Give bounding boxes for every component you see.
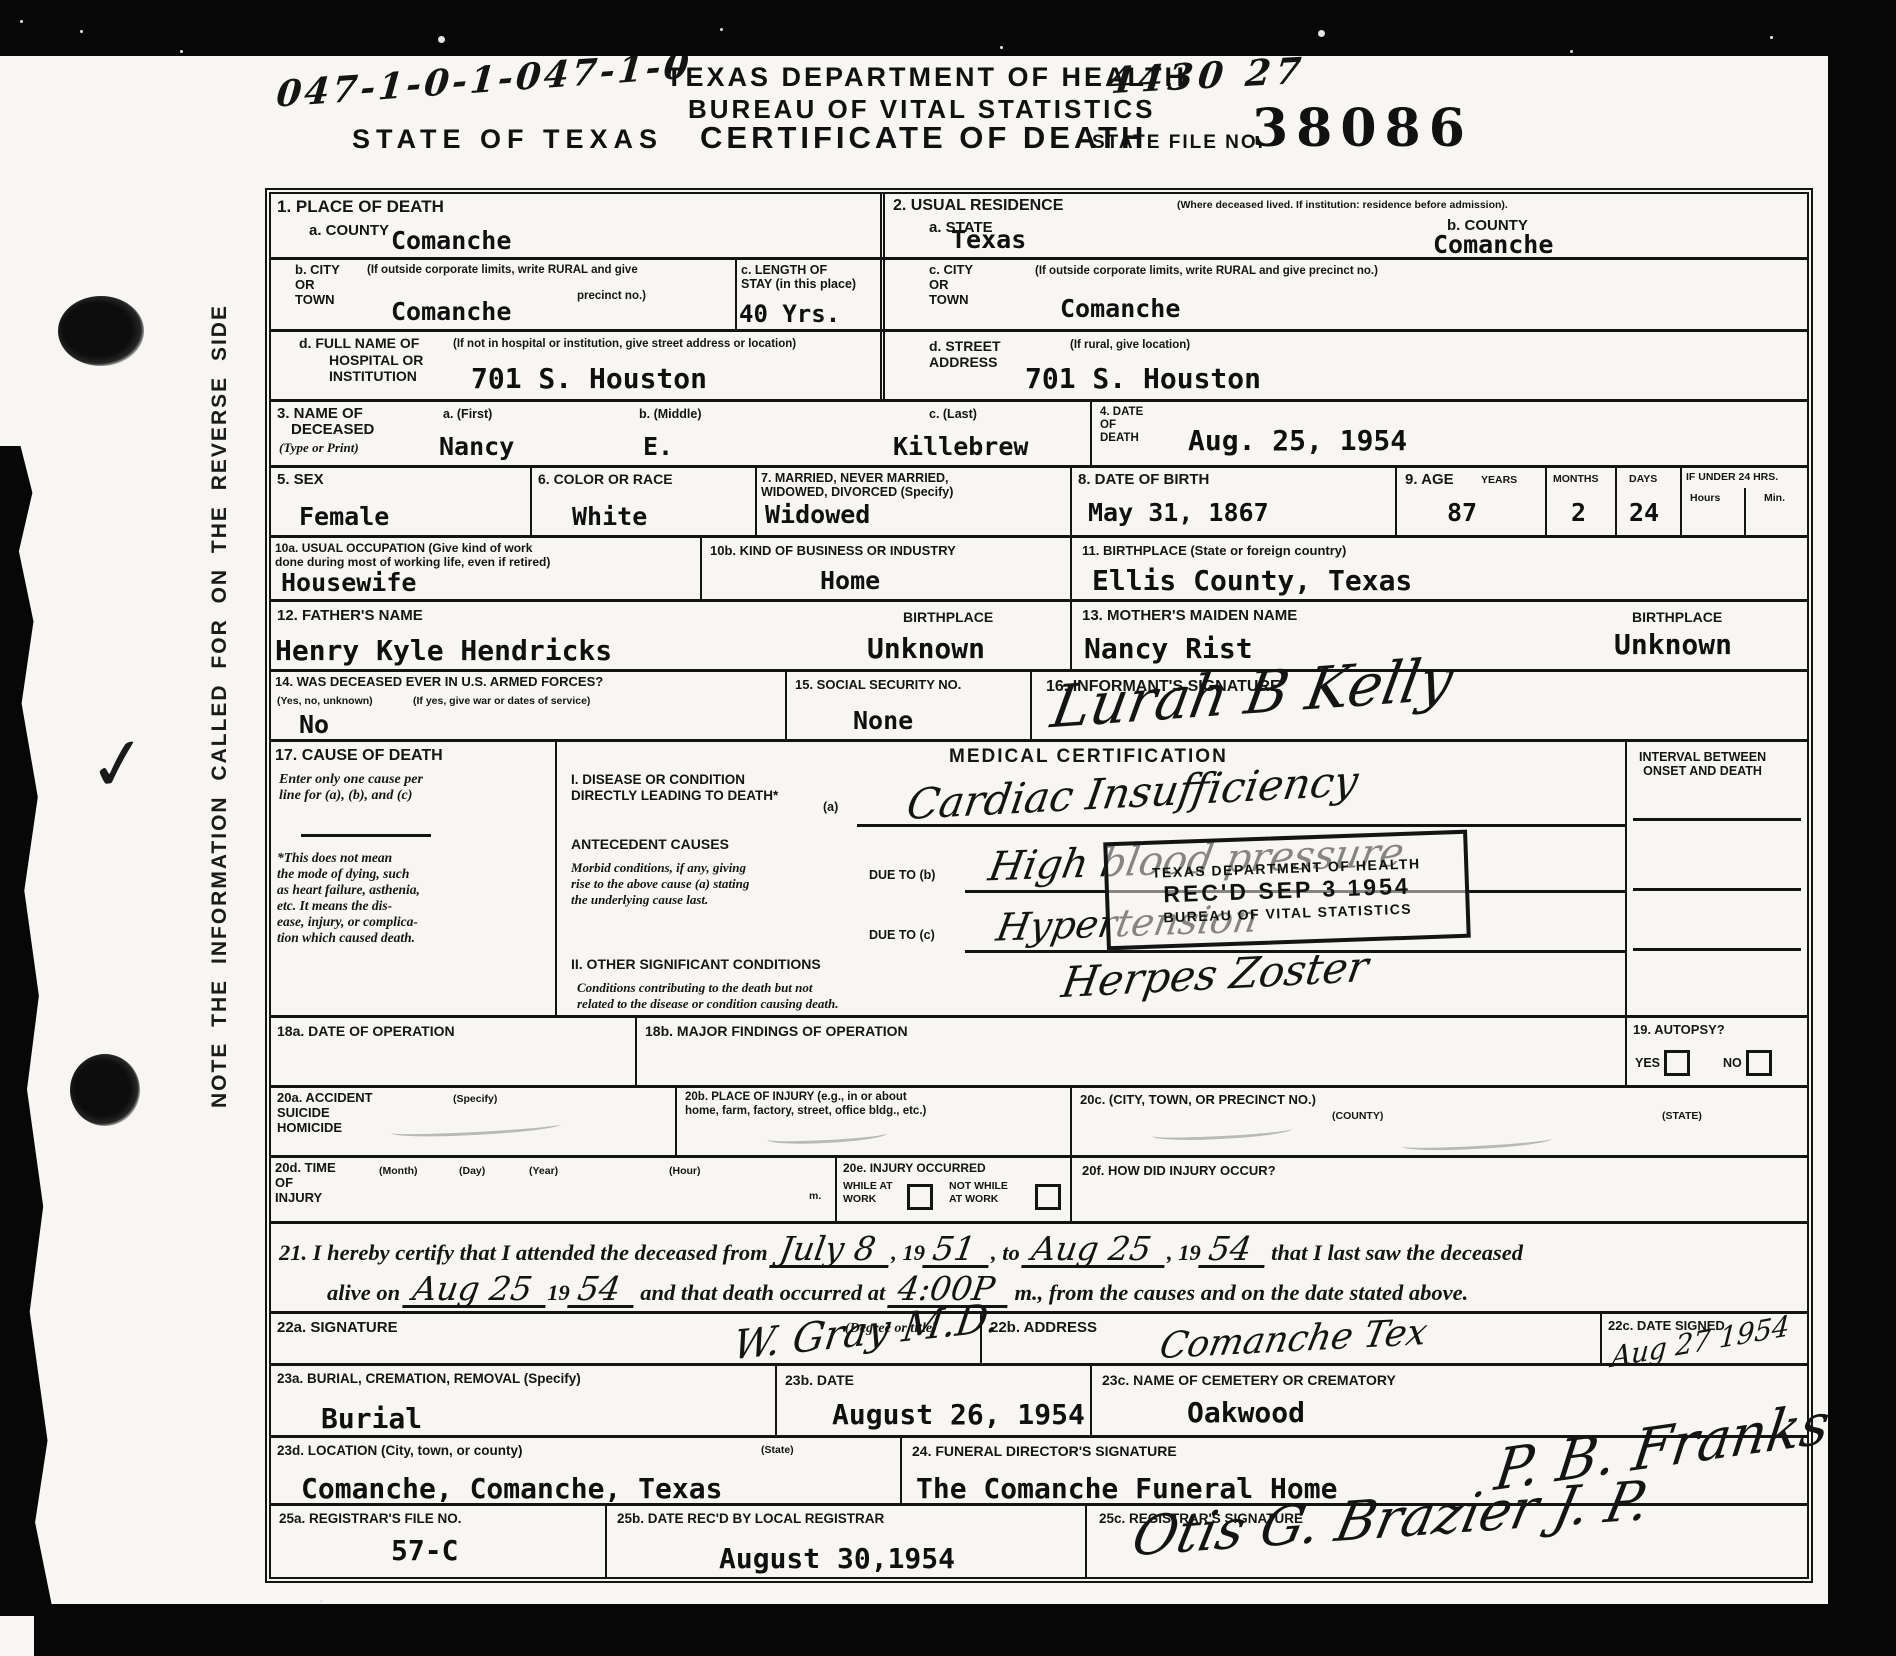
field-date-of-operation: 18a. DATE OF OPERATION [271, 1018, 635, 1085]
field-usual-occupation: 10a. USUAL OCCUPATION (Give kind of work… [271, 538, 700, 599]
s14-paren2: (If yes, give war or dates of service) [413, 695, 590, 708]
s17-a-tag: (a) [823, 800, 838, 814]
field-date-recd-registrar: 25b. DATE REC'D BY LOCAL REGISTRAR Augus… [605, 1506, 1085, 1577]
s20e-label: 20e. INJURY OCCURRED [843, 1161, 986, 1175]
field-marital-status: 7. MARRIED, NEVER MARRIED, WIDOWED, DIVO… [755, 468, 1070, 535]
s11-value: Ellis County, Texas [1092, 564, 1412, 597]
hours-min-divider [1744, 488, 1746, 535]
s17-p2-note: Conditions contributing to the death but… [577, 980, 838, 1012]
field-usual-residence: 2. USUAL RESIDENCE (Where deceased lived… [880, 194, 1807, 257]
s17-note1: Enter only one cause per line for (a), (… [279, 772, 423, 804]
field-burial-date: 23b. DATE August 26, 1954 [775, 1366, 1090, 1435]
autopsy-yes-label: YES [1635, 1056, 1660, 1070]
state-file-no-label: STATE FILE NO. [1092, 132, 1265, 154]
cert-text-1: 21. I hereby certify that I attended the… [279, 1240, 768, 1265]
field-age-under-24hrs: IF UNDER 24 HRS. Hours Min. [1680, 468, 1807, 535]
s2c-city-value: Comanche [1060, 294, 1180, 323]
s20c-state-label: (STATE) [1662, 1110, 1702, 1123]
s11-label: 11. BIRTHPLACE (State or foreign country… [1082, 544, 1346, 559]
s4-value: Aug. 25, 1954 [1188, 424, 1407, 457]
s3-first-label: a. (First) [443, 407, 492, 421]
s23a-label: 23a. BURIAL, CREMATION, REMOVAL (Specify… [277, 1371, 581, 1387]
s20b-label: 20b. PLACE OF INJURY (e.g., in or about … [685, 1091, 926, 1119]
s23c-label: 23c. NAME OF CEMETERY OR CREMATORY [1102, 1372, 1396, 1388]
s23b-label: 23b. DATE [785, 1372, 854, 1388]
s18a-label: 18a. DATE OF OPERATION [277, 1023, 455, 1039]
punch-hole-top [58, 296, 144, 366]
s9-label: 9. AGE [1405, 471, 1454, 488]
s6-value: White [572, 502, 647, 531]
s20a-paren: (Specify) [453, 1093, 497, 1106]
s1d-label2: HOSPITAL OR INSTITUTION [329, 352, 423, 384]
s9-days-value: 24 [1629, 498, 1659, 527]
cert-text-5: that I last saw the deceased [1271, 1240, 1523, 1265]
s12-bp-value: Unknown [867, 632, 985, 665]
s25b-value: August 30,1954 [719, 1542, 955, 1575]
s12-label: 12. FATHER'S NAME [277, 607, 423, 624]
s14-paren1: (Yes, no, unknown) [277, 695, 373, 708]
interval-rule-c [1633, 948, 1801, 951]
handwritten-code: 047-1-0-1-047-1-0 [275, 47, 693, 112]
field-place-of-injury: 20b. PLACE OF INJURY (e.g., in or about … [675, 1088, 1070, 1155]
s8-value: May 31, 1867 [1088, 498, 1269, 527]
field-certification-statement: 21. I hereby certify that I attended the… [271, 1224, 1807, 1311]
s20c-label: 20c. (CITY, TOWN, OR PRECINCT NO.) [1080, 1093, 1316, 1108]
s23d-value: Comanche, Comanche, Texas [301, 1472, 722, 1505]
s23a-value: Burial [321, 1402, 422, 1435]
s20d-month: (Month) [379, 1165, 417, 1178]
field-date-of-birth: 8. DATE OF BIRTH May 31, 1867 [1070, 468, 1395, 535]
field-burial-location: 23d. LOCATION (City, town, or county) (S… [271, 1438, 900, 1503]
cert-hw-from-year: 51 [922, 1232, 994, 1268]
s20d-hour: (Hour) [669, 1165, 701, 1178]
field-injury-occurred: 20e. INJURY OCCURRED WHILE AT WORK NOT W… [835, 1158, 1070, 1221]
s3-last-value: Killebrew [893, 432, 1028, 461]
s9-years-value: 87 [1447, 498, 1477, 527]
s17-p1-label: I. DISEASE OR CONDITION DIRECTLY LEADING… [571, 772, 778, 803]
s10b-value: Home [820, 566, 880, 595]
field-autopsy: 19. AUTOPSY? YES NO [1625, 1018, 1807, 1085]
s9-years-label: YEARS [1481, 474, 1517, 487]
s13-bp-label: BIRTHPLACE [1632, 609, 1722, 625]
interval-rule-b [1633, 888, 1801, 891]
handwritten-number: 4430 27 [1106, 53, 1307, 100]
s20a-label: 20a. ACCIDENT SUICIDE HOMICIDE [277, 1091, 373, 1136]
s2-title-paren: (Where deceased lived. If institution: r… [1177, 199, 1517, 212]
s3-first-value: Nancy [439, 432, 514, 461]
field-kind-of-business: 10b. KIND OF BUSINESS OR INDUSTRY Home [700, 538, 1070, 599]
s10b-label: 10b. KIND OF BUSINESS OR INDUSTRY [710, 544, 956, 559]
field-age-days: DAYS 24 [1615, 468, 1680, 535]
s1d-label1: d. FULL NAME OF [299, 335, 419, 351]
certificate-title: CERTIFICATE OF DEATH [700, 120, 1147, 156]
cert-text-8: and that death occurred at [640, 1280, 885, 1305]
not-while-at-work-checkbox [1035, 1184, 1061, 1210]
s1c-value: 40 Yrs. [739, 300, 840, 328]
s2c-paren: (If outside corporate limits, write RURA… [1035, 265, 1378, 279]
s23b-value: August 26, 1954 [832, 1398, 1085, 1431]
s17-b-tag: DUE TO (b) [869, 868, 935, 882]
s1a-county-value: Comanche [391, 226, 511, 255]
cert-hw-to-date: Aug 25 [1021, 1232, 1169, 1268]
s1d-value: 701 S. Houston [471, 362, 707, 395]
s2d-label: d. STREET ADDRESS [929, 338, 1001, 370]
s14-value: No [299, 710, 329, 739]
s9-months-label: MONTHS [1553, 473, 1599, 486]
reverse-side-note: NOTE THE INFORMATION CALLED FOR ON THE R… [208, 304, 232, 1108]
s20c-county-label: (COUNTY) [1332, 1110, 1383, 1123]
field-sex: 5. SEX Female [271, 468, 530, 535]
s10a-label: 10a. USUAL OCCUPATION (Give kind of work… [275, 541, 550, 570]
s20d-m: m. [809, 1190, 821, 1203]
s25a-label: 25a. REGISTRAR'S FILE NO. [279, 1511, 462, 1527]
s13-label: 13. MOTHER'S MAIDEN NAME [1082, 607, 1297, 624]
field-registrar-file-no: 25a. REGISTRAR'S FILE NO. 57-C [271, 1506, 605, 1577]
s2c-label: c. CITY OR TOWN [929, 263, 973, 308]
field-burial-cremation: 23a. BURIAL, CREMATION, REMOVAL (Specify… [271, 1366, 775, 1435]
field-date-signed: 22c. DATE SIGNED Aug 27 1954 [1600, 1314, 1807, 1363]
s3-title1: 3. NAME OF [277, 405, 363, 422]
interval-label: INTERVAL BETWEEN ONSET AND DEATH [1639, 750, 1766, 779]
s2d-paren: (If rural, give location) [1070, 339, 1190, 353]
s5-label: 5. SEX [277, 471, 324, 488]
field-social-security-no: 15. SOCIAL SECURITY NO. None [785, 672, 1030, 739]
punch-hole-bottom [70, 1054, 140, 1126]
field-color-or-race: 6. COLOR OR RACE White [530, 468, 755, 535]
s1b-paren: (If outside corporate limits, write RURA… [367, 264, 707, 278]
s22a-label: 22a. SIGNATURE [277, 1319, 398, 1336]
field-accident-suicide-homicide: 20a. ACCIDENT SUICIDE HOMICIDE (Specify) [271, 1088, 675, 1155]
autopsy-no-checkbox [1746, 1050, 1772, 1076]
faint-scribble-20b [767, 1127, 888, 1146]
field-interval-column: INTERVAL BETWEEN ONSET AND DEATH [1625, 742, 1807, 1015]
field-street-address: d. STREET ADDRESS (If rural, give locati… [880, 332, 1807, 399]
s2d-value: 701 S. Houston [1025, 362, 1261, 395]
s10a-value: Housewife [281, 568, 416, 597]
other-conditions-handwriting: Herpes Zoster [1059, 946, 1371, 1004]
s25b-label: 25b. DATE REC'D BY LOCAL REGISTRAR [617, 1511, 884, 1527]
field-hospital-name: d. FULL NAME OF HOSPITAL OR INSTITUTION … [271, 332, 880, 399]
field-time-of-injury: 20d. TIME OF INJURY (Month) (Day) (Year)… [271, 1158, 835, 1221]
s17-c-tag: DUE TO (c) [869, 928, 935, 942]
s1b-label: b. CITY OR TOWN [295, 263, 340, 308]
s18b-label: 18b. MAJOR FINDINGS OF OPERATION [645, 1023, 908, 1039]
field-informant-signature: 16. INFORMANT'S SIGNATURE Lurah B Kelly [1030, 672, 1807, 739]
s20e-while-label: WHILE AT WORK [843, 1180, 893, 1205]
s17-p2-label: II. OTHER SIGNIFICANT CONDITIONS [571, 956, 821, 972]
s3-middle-label: b. (Middle) [639, 407, 702, 421]
s23d-state-label: (State) [761, 1444, 794, 1457]
faint-scribble-20c [1152, 1122, 1292, 1142]
cert-hw-to-year: 54 [1198, 1232, 1270, 1268]
s15-value: None [853, 706, 913, 735]
s17-morbid: Morbid conditions, if any, giving rise t… [571, 860, 749, 908]
s5-value: Female [299, 502, 389, 531]
field-injury-city-county-state: 20c. (CITY, TOWN, OR PRECINCT NO.) (COUN… [1070, 1088, 1807, 1155]
s24-label: 24. FUNERAL DIRECTOR'S SIGNATURE [912, 1443, 1177, 1459]
faint-scribble-20c2 [1402, 1132, 1552, 1153]
state-file-number: 38086 [1252, 98, 1473, 159]
cert-hw-alive-year: 54 [567, 1272, 639, 1308]
s7-label: 7. MARRIED, NEVER MARRIED, WIDOWED, DIVO… [761, 471, 953, 500]
field-fathers-name: 12. FATHER'S NAME BIRTHPLACE Henry Kyle … [271, 602, 1070, 669]
field-city-of-death: b. CITY OR TOWN (If outside corporate li… [271, 260, 735, 329]
faint-scribble-20a [391, 1118, 561, 1140]
s13-bp-value: Unknown [1614, 628, 1732, 661]
s7-value: Widowed [765, 500, 870, 529]
s3-middle-value: E. [643, 432, 673, 461]
s20f-label: 20f. HOW DID INJURY OCCUR? [1082, 1164, 1276, 1179]
s23d-label: 23d. LOCATION (City, town, or county) [277, 1443, 523, 1459]
s3-paren: (Type or Print) [279, 440, 359, 456]
scan-border-top [0, 0, 1896, 56]
field-birthplace: 11. BIRTHPLACE (State or foreign country… [1070, 538, 1807, 599]
s17-note2: *This does not mean the mode of dying, s… [277, 850, 420, 946]
s1d-paren: (If not in hospital or institution, give… [453, 338, 796, 352]
field-armed-forces: 14. WAS DECEASED EVER IN U.S. ARMED FORC… [271, 672, 785, 739]
field-age-years: 9. AGE YEARS 87 [1395, 468, 1545, 535]
s17-antecedent: ANTECEDENT CAUSES [571, 836, 729, 852]
scan-border-right [1828, 0, 1896, 1656]
s2a-state-value: Texas [951, 225, 1026, 254]
field-registrar-signature: 25c. REGISTRAR'S SIGNATURE Otis G. Brazi… [1085, 1506, 1807, 1577]
field-major-findings: 18b. MAJOR FINDINGS OF OPERATION [635, 1018, 1625, 1085]
s14-label: 14. WAS DECEASED EVER IN U.S. ARMED FORC… [275, 675, 603, 690]
cert-text-4: , 19 [1167, 1240, 1201, 1265]
s17-label: 17. CAUSE OF DEATH [275, 747, 443, 765]
cert-text-2: , 19 [891, 1240, 925, 1265]
s23c-value: Oakwood [1187, 1396, 1305, 1429]
cert-hw-alive-date: Aug 25 [402, 1272, 550, 1308]
certificate-form: 1. PLACE OF DEATH a. COUNTY Comanche 2. … [265, 188, 1813, 1583]
s9-under-label: IF UNDER 24 HRS. [1686, 471, 1778, 484]
s22b-label: 22b. ADDRESS [990, 1319, 1097, 1336]
cert-text-9: m., from the causes and on the date stat… [1014, 1280, 1468, 1305]
s25a-value: 57-C [391, 1534, 458, 1567]
scan-border-bottom [34, 1604, 1896, 1656]
sidebar-divider [301, 834, 431, 837]
cert-text-7: 19 [547, 1280, 570, 1305]
s1c-label: c. LENGTH OF STAY (in this place) [741, 263, 856, 292]
field-date-of-death: 4. DATE OF DEATH Aug. 25, 1954 [1090, 402, 1807, 465]
handwritten-checkmark: ✓ [82, 718, 153, 810]
s8-label: 8. DATE OF BIRTH [1078, 471, 1209, 488]
physician-address-handwriting: Comanche Tex [1157, 1315, 1431, 1365]
s20e-notwhile-label: NOT WHILE AT WORK [949, 1180, 1008, 1205]
field-city-of-residence: c. CITY OR TOWN (If outside corporate li… [880, 260, 1807, 329]
s9-months-value: 2 [1571, 498, 1586, 527]
cause-a-handwriting: Cardiac Insufficiency [904, 760, 1361, 826]
interval-rule-a [1633, 818, 1801, 821]
field-name-of-deceased: 3. NAME OF DECEASED (Type or Print) a. (… [271, 402, 1090, 465]
cert-text-3: , to [991, 1240, 1020, 1265]
field-age-months: MONTHS 2 [1545, 468, 1615, 535]
s1a-label: a. COUNTY [309, 222, 389, 239]
s15-label: 15. SOCIAL SECURITY NO. [795, 678, 961, 693]
field-how-injury-occurred: 20f. HOW DID INJURY OCCUR? [1070, 1158, 1807, 1221]
s3-last-label: c. (Last) [929, 407, 977, 421]
death-certificate-scan: ✓ NOTE THE INFORMATION CALLED FOR ON THE… [0, 0, 1896, 1656]
s9-hours-label: Hours [1690, 492, 1720, 505]
torn-edge [0, 446, 54, 1616]
s1b-paren2: precinct no.) [577, 290, 646, 304]
s20d-label: 20d. TIME OF INJURY [275, 1161, 336, 1206]
cert-hw-from-date: July 8 [769, 1232, 894, 1268]
s9-min-label: Min. [1764, 492, 1785, 505]
s2-title: 2. USUAL RESIDENCE [893, 197, 1063, 215]
s3-title2: DECEASED [291, 421, 374, 438]
s20d-year: (Year) [529, 1165, 558, 1178]
header-state: STATE OF TEXAS [352, 124, 663, 155]
s1b-city-value: Comanche [391, 297, 511, 326]
autopsy-no-label: NO [1723, 1056, 1742, 1070]
received-date-stamp: TEXAS DEPARTMENT OF HEALTH REC'D SEP 3 1… [1103, 830, 1471, 951]
field-physician-address: 22b. ADDRESS Comanche Tex [980, 1314, 1600, 1363]
field-place-of-death: 1. PLACE OF DEATH a. COUNTY Comanche [271, 194, 880, 257]
while-at-work-checkbox [907, 1184, 933, 1210]
field-physician-signature: 22a. SIGNATURE (Degree or title) W. Gray… [271, 1314, 980, 1363]
s6-label: 6. COLOR OR RACE [538, 471, 673, 487]
field-cause-of-death-sidebar: 17. CAUSE OF DEATH Enter only one cause … [271, 742, 555, 1015]
s20d-day: (Day) [459, 1165, 485, 1178]
s12-bp-label: BIRTHPLACE [903, 609, 993, 625]
s9-days-label: DAYS [1629, 473, 1657, 486]
s1-title: 1. PLACE OF DEATH [277, 197, 444, 217]
field-length-of-stay: c. LENGTH OF STAY (in this place) 40 Yrs… [735, 260, 880, 329]
s4-label: 4. DATE OF DEATH [1100, 406, 1143, 446]
cert-text-6: alive on [327, 1280, 400, 1305]
s19-label: 19. AUTOPSY? [1633, 1023, 1725, 1038]
s2b-county-value: Comanche [1433, 230, 1553, 259]
s12-value: Henry Kyle Hendricks [275, 634, 612, 667]
autopsy-yes-checkbox [1664, 1050, 1690, 1076]
